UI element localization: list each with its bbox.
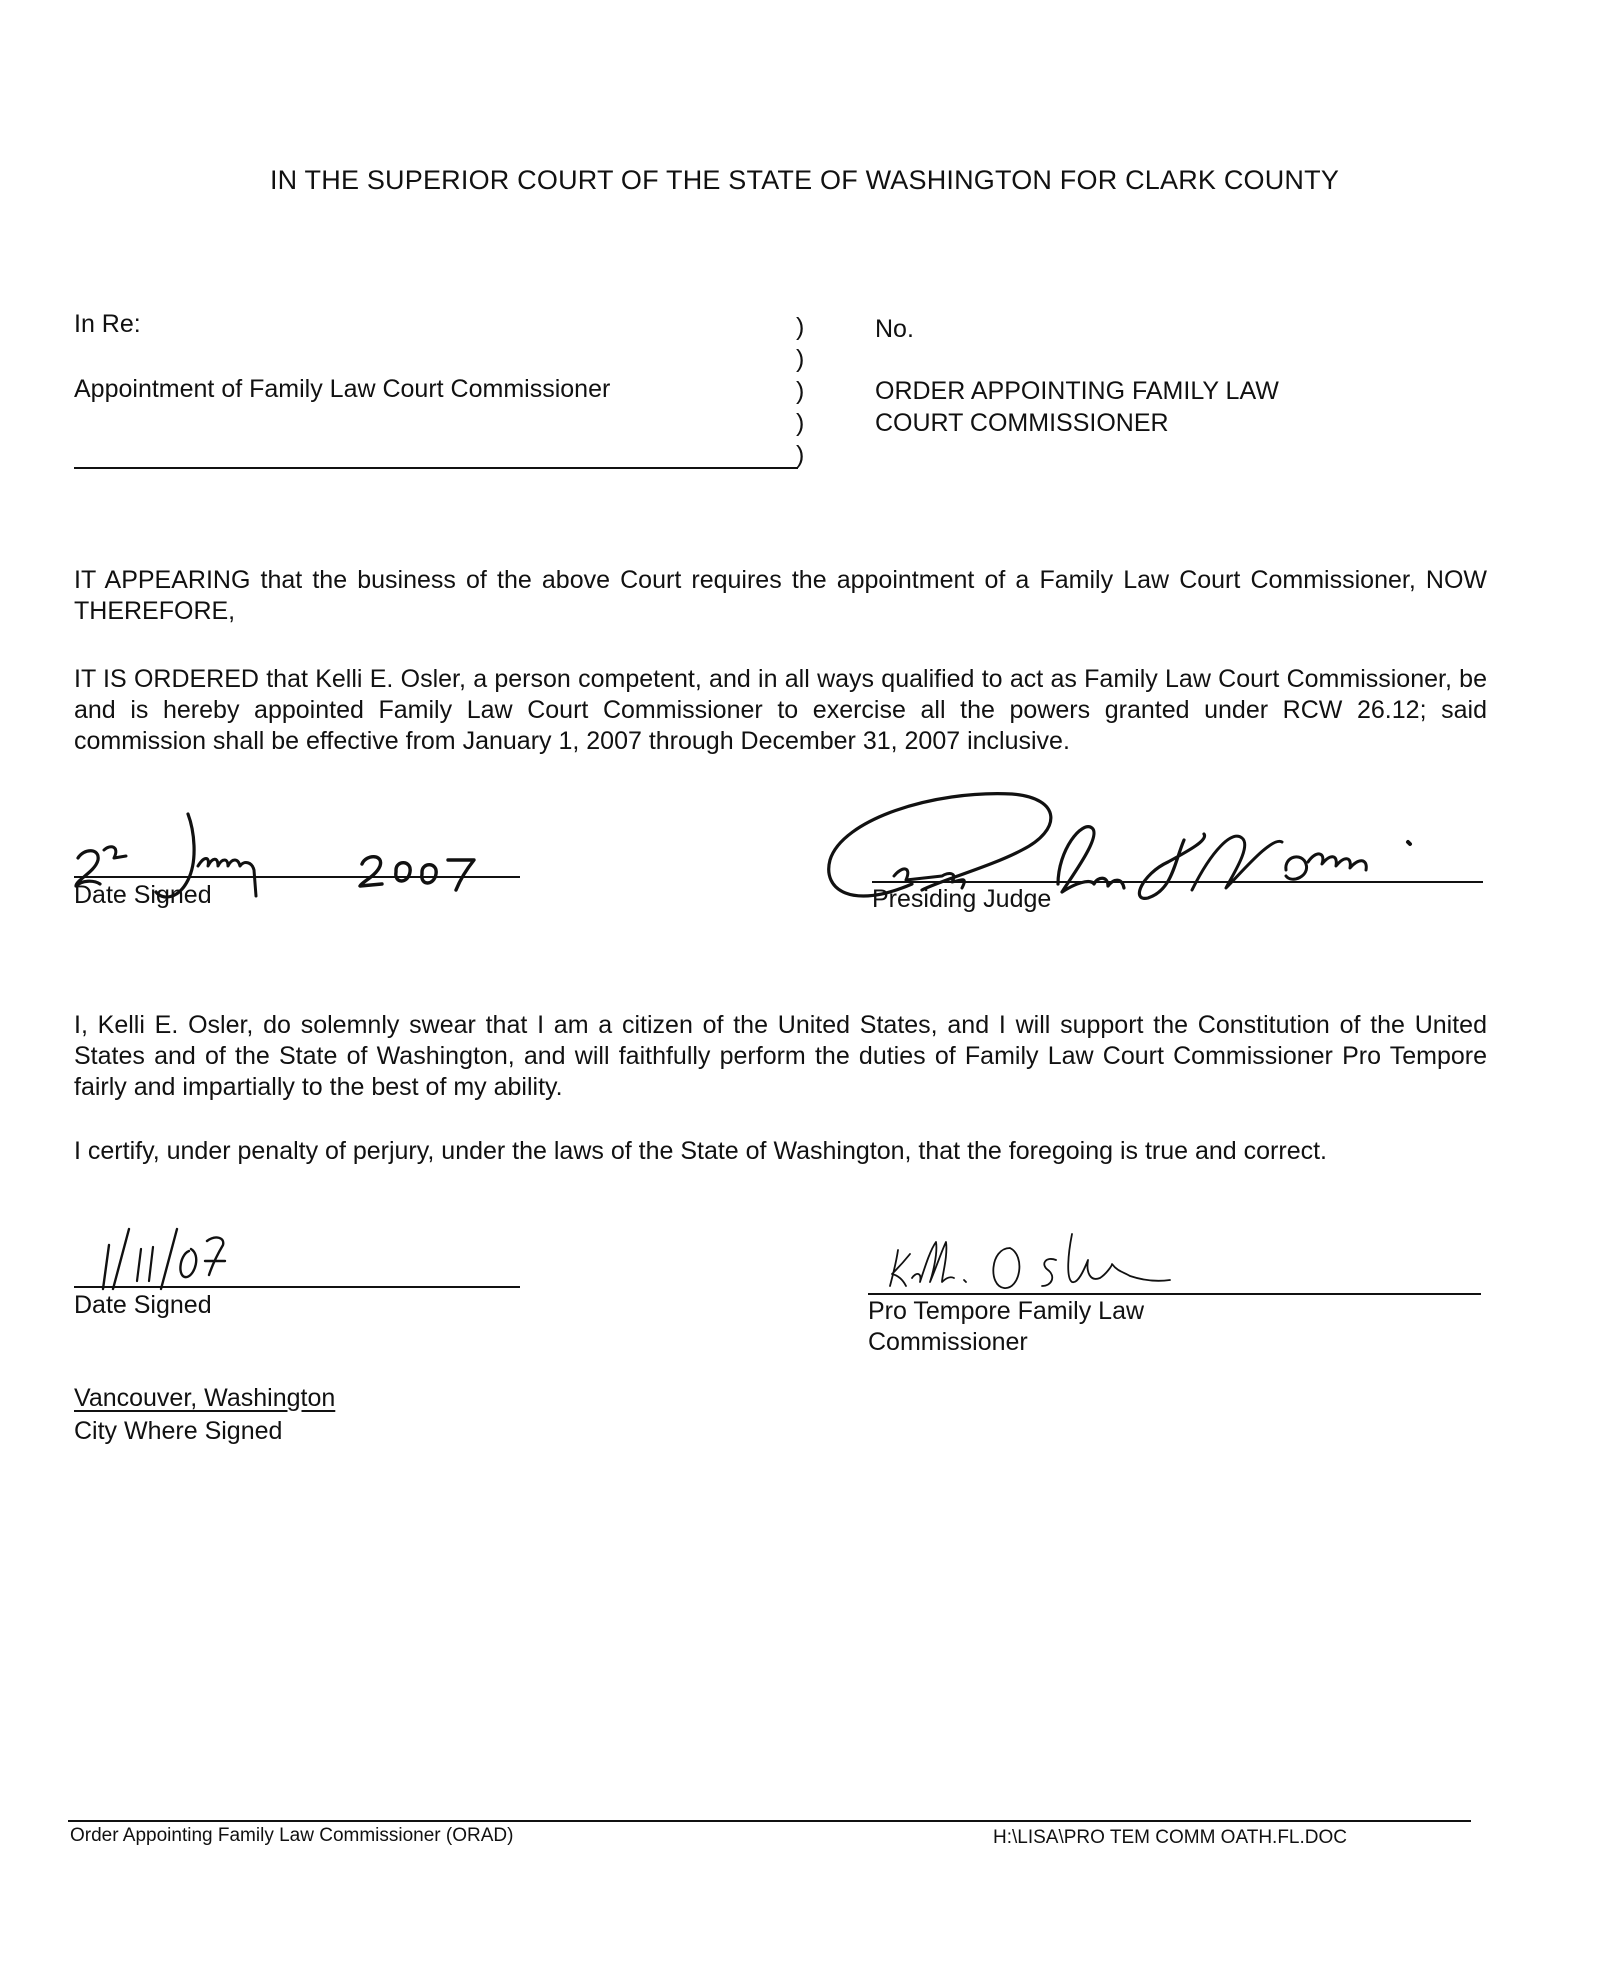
oath-date-line xyxy=(74,1286,520,1288)
caption-paren: ) xyxy=(796,312,804,342)
document-title-line2: COURT COMMISSIONER xyxy=(875,408,1169,438)
appearing-paragraph: IT APPEARING that the business of the ab… xyxy=(74,565,1487,627)
caption-underline xyxy=(74,467,798,469)
order-date-line xyxy=(74,876,520,878)
footer-form-title: Order Appointing Family Law Commissioner… xyxy=(70,1825,513,1847)
order-date-label: Date Signed xyxy=(74,880,212,910)
case-number-label: No. xyxy=(875,314,914,344)
caption-matter: Appointment of Family Law Court Commissi… xyxy=(74,374,610,404)
presiding-judge-label: Presiding Judge xyxy=(872,884,1051,914)
caption-paren: ) xyxy=(796,440,804,470)
in-re-label: In Re: xyxy=(74,309,141,339)
commissioner-label-line2: Commissioner xyxy=(868,1327,1028,1357)
commissioner-signature-line xyxy=(868,1293,1481,1295)
city-signed-value: Vancouver, Washington xyxy=(74,1383,335,1413)
commissioner-label-line1: Pro Tempore Family Law xyxy=(868,1296,1144,1326)
caption-paren: ) xyxy=(796,376,804,406)
caption-paren: ) xyxy=(796,344,804,374)
footer-file-path: H:\LISA\PRO TEM COMM OATH.FL.DOC xyxy=(993,1827,1347,1849)
oath-date-label: Date Signed xyxy=(74,1290,212,1320)
caption-paren: ) xyxy=(796,408,804,438)
certify-paragraph: I certify, under penalty of perjury, und… xyxy=(74,1136,1487,1167)
city-signed-label: City Where Signed xyxy=(74,1416,282,1446)
judge-signature-line xyxy=(872,881,1483,883)
court-heading: IN THE SUPERIOR COURT OF THE STATE OF WA… xyxy=(0,165,1609,196)
ordered-paragraph: IT IS ORDERED that Kelli E. Osler, a per… xyxy=(74,664,1487,757)
commissioner-signature-icon xyxy=(880,1220,1360,1300)
footer-rule xyxy=(68,1820,1471,1822)
handwritten-date-1-11-07 xyxy=(95,1215,315,1295)
document-title-line1: ORDER APPOINTING FAMILY LAW xyxy=(875,376,1279,406)
oath-paragraph: I, Kelli E. Osler, do solemnly swear tha… xyxy=(74,1010,1487,1103)
